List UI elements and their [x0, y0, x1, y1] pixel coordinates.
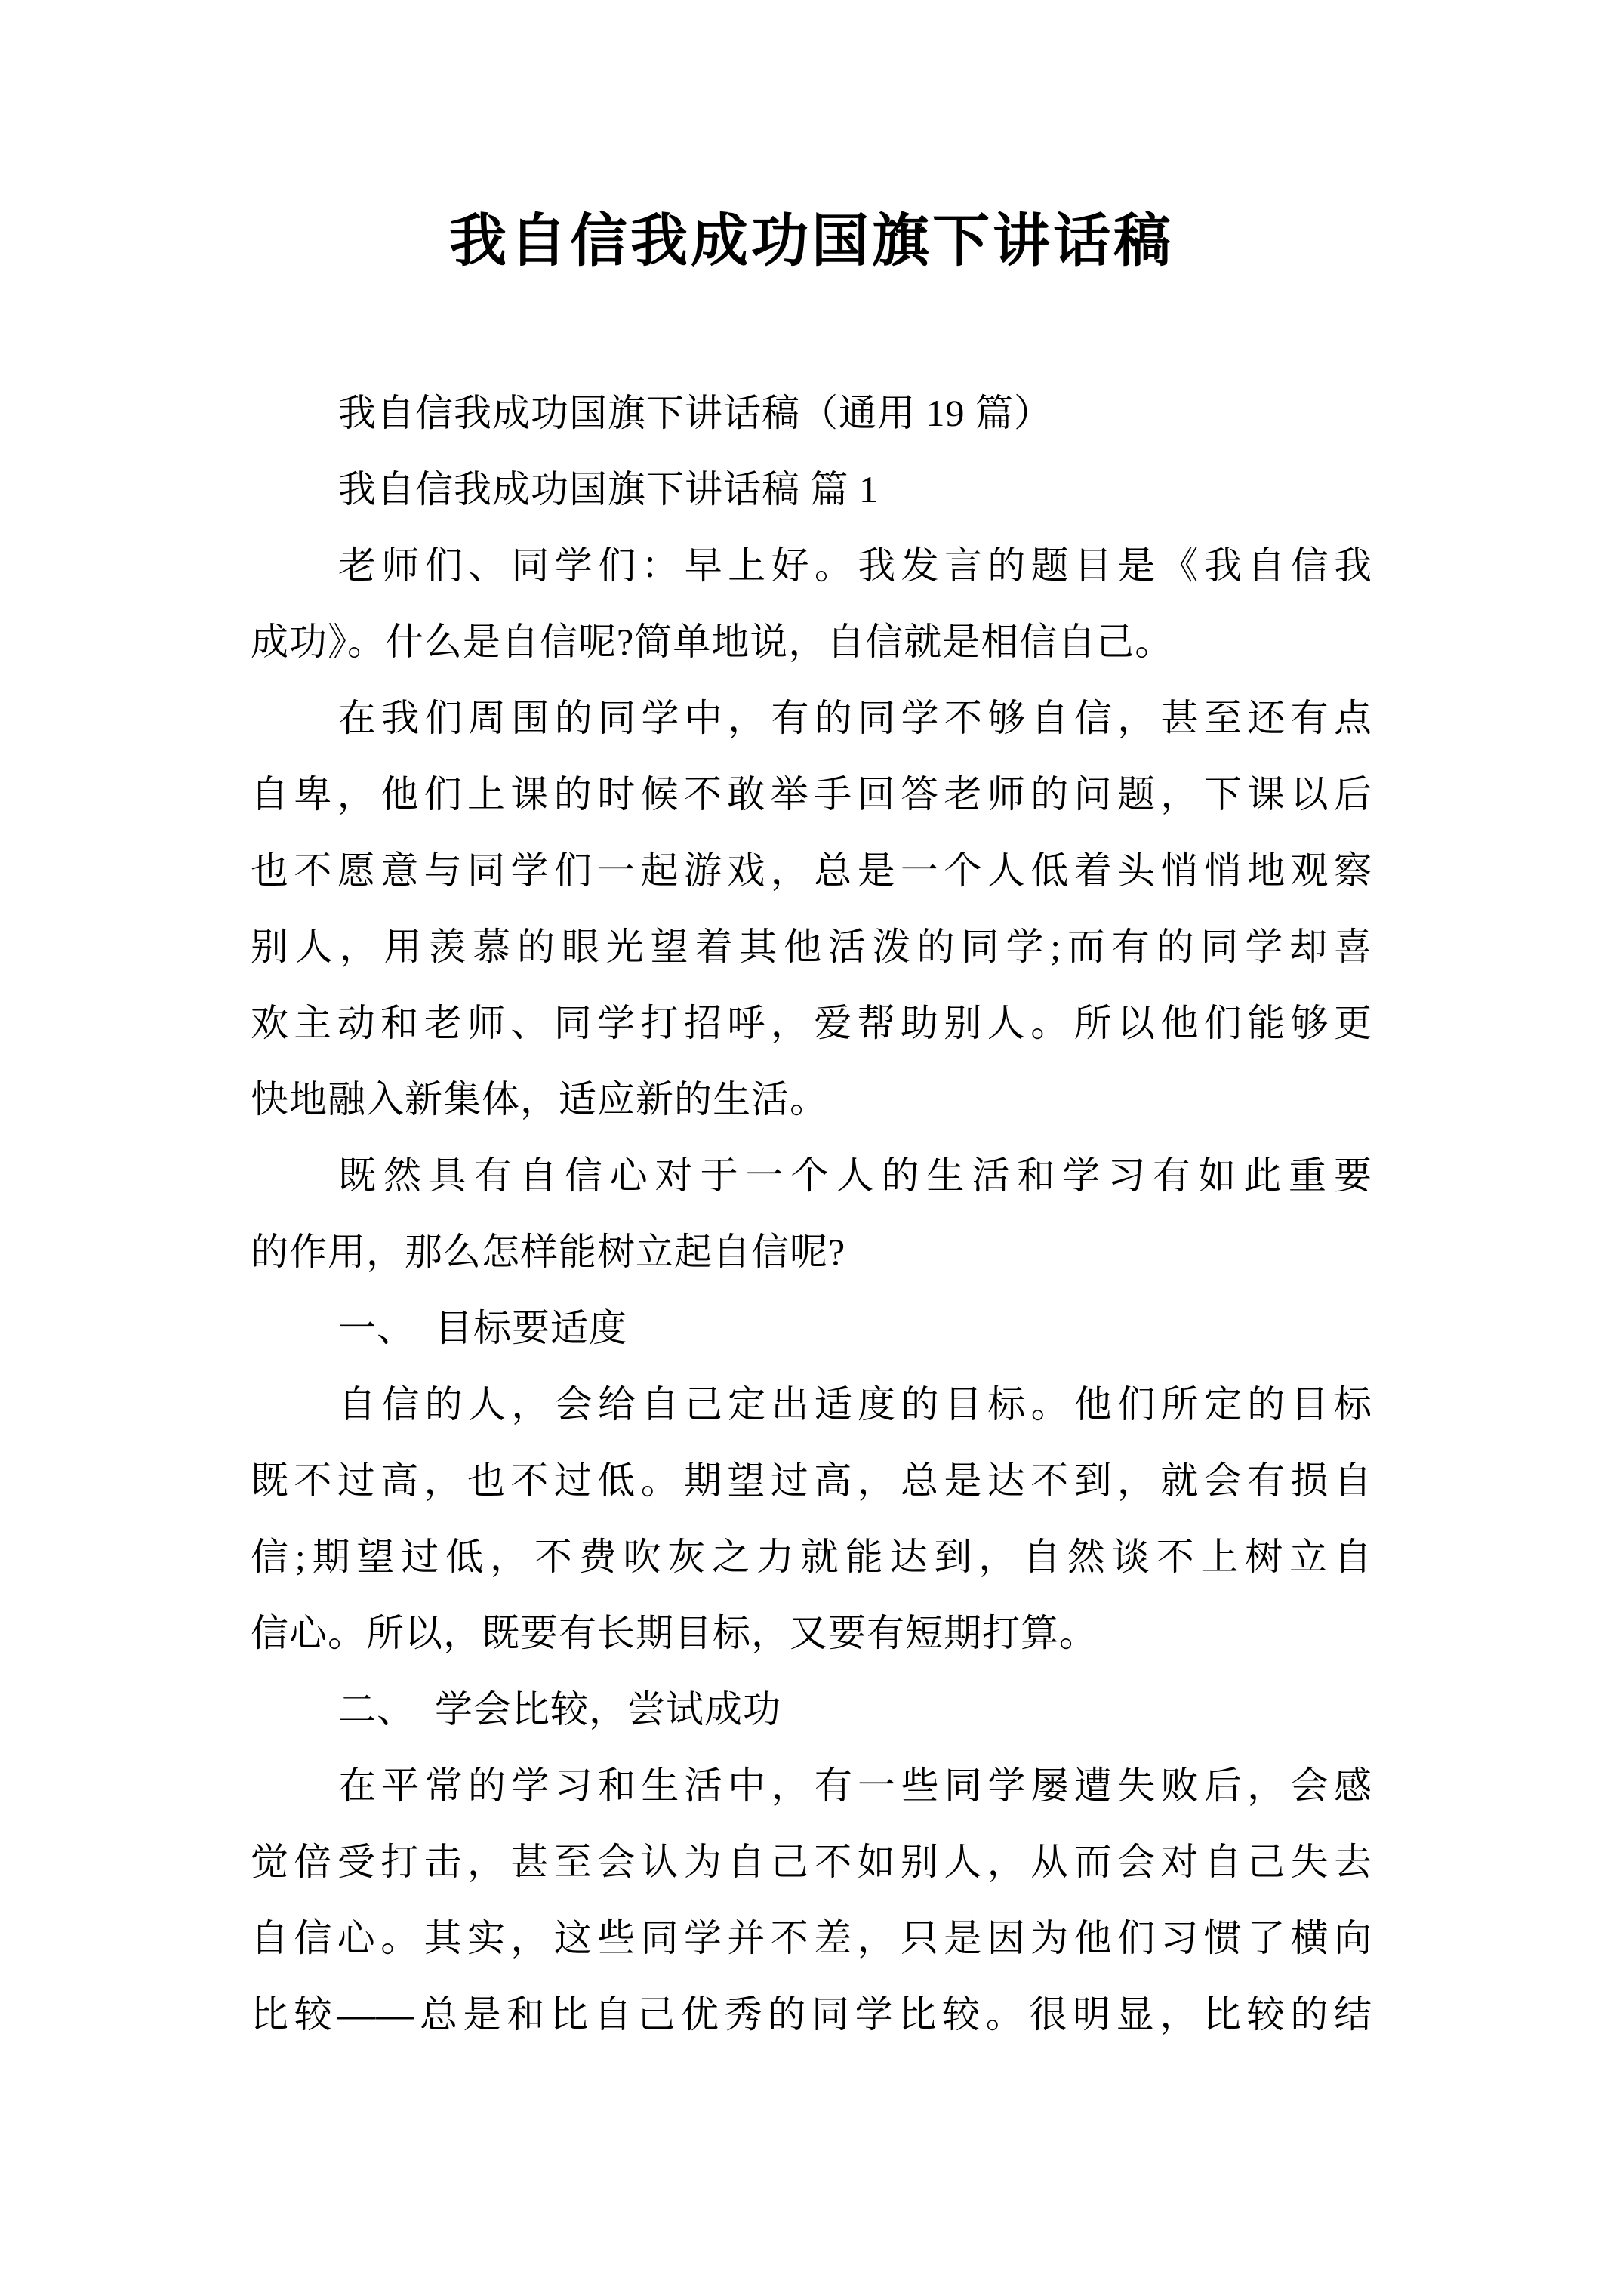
body-line: 我自信我成功国旗下讲话稿 篇 1: [251, 451, 1372, 528]
body-line: 欢主动和老师、同学打招呼，爱帮助别人。所以他们能够更: [251, 985, 1372, 1062]
body-line: 比较——总是和比自己优秀的同学比较。很明显，比较的结: [251, 1977, 1372, 2053]
body-line: 信心。所以，既要有长期目标，又要有短期打算。: [251, 1595, 1372, 1672]
body-line: 自卑，他们上课的时候不敢举手回答老师的问题，下课以后: [251, 757, 1372, 833]
body-line: 老师们、同学们：早上好。我发言的题目是《我自信我: [251, 528, 1372, 604]
body-line: 二、 学会比较，尝试成功: [251, 1672, 1372, 1748]
document-body: 我自信我成功国旗下讲话稿（通用 19 篇） 我自信我成功国旗下讲话稿 篇 1 老…: [251, 375, 1372, 2053]
body-line: 成功》。什么是自信呢?简单地说，自信就是相信自己。: [251, 604, 1372, 680]
body-line: 别人，用羡慕的眼光望着其他活泼的同学;而有的同学却喜: [251, 909, 1372, 985]
body-line: 自信心。其实，这些同学并不差，只是因为他们习惯了横向: [251, 1900, 1372, 1977]
body-line: 我自信我成功国旗下讲话稿（通用 19 篇）: [251, 375, 1372, 451]
body-line: 既不过高，也不过低。期望过高，总是达不到，就会有损自: [251, 1443, 1372, 1519]
body-line: 快地融入新集体，适应新的生活。: [251, 1062, 1372, 1138]
body-line: 在我们周围的同学中，有的同学不够自信，甚至还有点: [251, 680, 1372, 757]
body-line: 觉倍受打击，甚至会认为自己不如别人，从而会对自己失去: [251, 1824, 1372, 1900]
body-line: 一、 目标要适度: [251, 1290, 1372, 1367]
document-title: 我自信我成功国旗下讲话稿: [0, 204, 1623, 279]
body-line: 的作用，那么怎样能树立起自信呢?: [251, 1214, 1372, 1290]
document-page: 我自信我成功国旗下讲话稿 我自信我成功国旗下讲话稿（通用 19 篇） 我自信我成…: [0, 0, 1623, 2296]
body-line: 在平常的学习和生活中，有一些同学屡遭失败后，会感: [251, 1748, 1372, 1824]
body-line: 也不愿意与同学们一起游戏，总是一个人低着头悄悄地观察: [251, 833, 1372, 909]
body-line: 既然具有自信心对于一个人的生活和学习有如此重要: [251, 1138, 1372, 1214]
body-line: 信;期望过低，不费吹灰之力就能达到，自然谈不上树立自: [251, 1519, 1372, 1595]
body-line: 自信的人，会给自己定出适度的目标。他们所定的目标: [251, 1367, 1372, 1443]
